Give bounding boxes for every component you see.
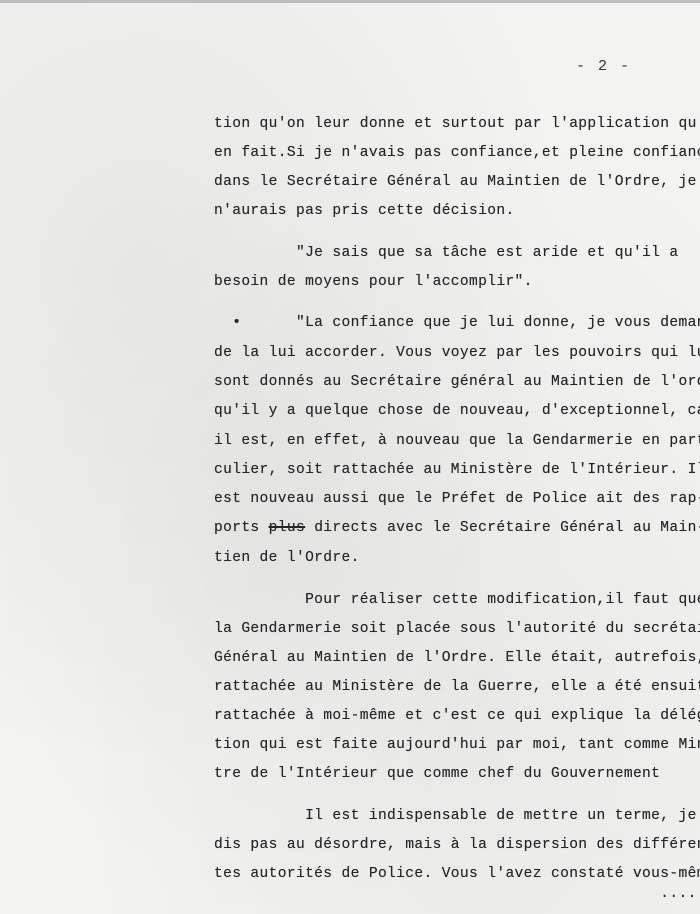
page-number: - 2 - xyxy=(576,58,631,75)
text-line: "Je sais que sa tâche est aride et qu'il… xyxy=(214,245,679,261)
text-line: rattachée à moi-même et c'est ce qui exp… xyxy=(214,708,700,724)
text-line: dans le Secrétaire Général au Maintien d… xyxy=(214,174,697,190)
text-line: Il est indispensable de mettre un terme,… xyxy=(214,808,700,824)
text-line: qu'il y a quelque chose de nouveau, d'ex… xyxy=(214,403,700,419)
text-line: tien de l'Ordre. xyxy=(214,550,360,566)
text-line: dis pas au désordre, mais à la dispersio… xyxy=(214,837,700,853)
text-line: culier, soit rattachée au Ministère de l… xyxy=(214,462,700,478)
struck-word: plus xyxy=(269,520,305,536)
text-line: il est, en effet, à nouveau que la Genda… xyxy=(214,433,700,449)
text-line: tre de l'Intérieur que comme chef du Gou… xyxy=(214,766,660,782)
text-line: ...... xyxy=(214,886,700,902)
text-line: tes autorités de Police. Vous l'avez con… xyxy=(214,866,700,882)
scan-edge xyxy=(0,0,700,3)
text-line: ports plus directs avec le Secrétaire Gé… xyxy=(214,520,700,536)
text-line: Pour réaliser cette modification,il faut… xyxy=(214,592,700,608)
text-line: tion qu'on leur donne et surtout par l'a… xyxy=(214,116,700,132)
text-line: Général au Maintien de l'Ordre. Elle éta… xyxy=(214,650,700,666)
text-line: est nouveau aussi que le Préfet de Polic… xyxy=(214,491,700,507)
text-line: sont donnés au Secrétaire général au Mai… xyxy=(214,374,700,390)
text-line: de la lui accorder. Vous voyez par les p… xyxy=(214,345,700,361)
text-line: n'aurais pas pris cette décision. xyxy=(214,203,515,219)
text-line: en fait.Si je n'avais pas confiance,et p… xyxy=(214,145,700,161)
text-line: la Gendarmerie soit placée sous l'autori… xyxy=(214,621,700,637)
text-line: rattachée au Ministère de la Guerre, ell… xyxy=(214,679,700,695)
text-line: tion qui est faite aujourd'hui par moi, … xyxy=(214,737,700,753)
text-line: besoin de moyens pour l'accomplir". xyxy=(214,274,533,290)
text-line: • "La confiance que je lui donne, je vou… xyxy=(214,315,700,331)
